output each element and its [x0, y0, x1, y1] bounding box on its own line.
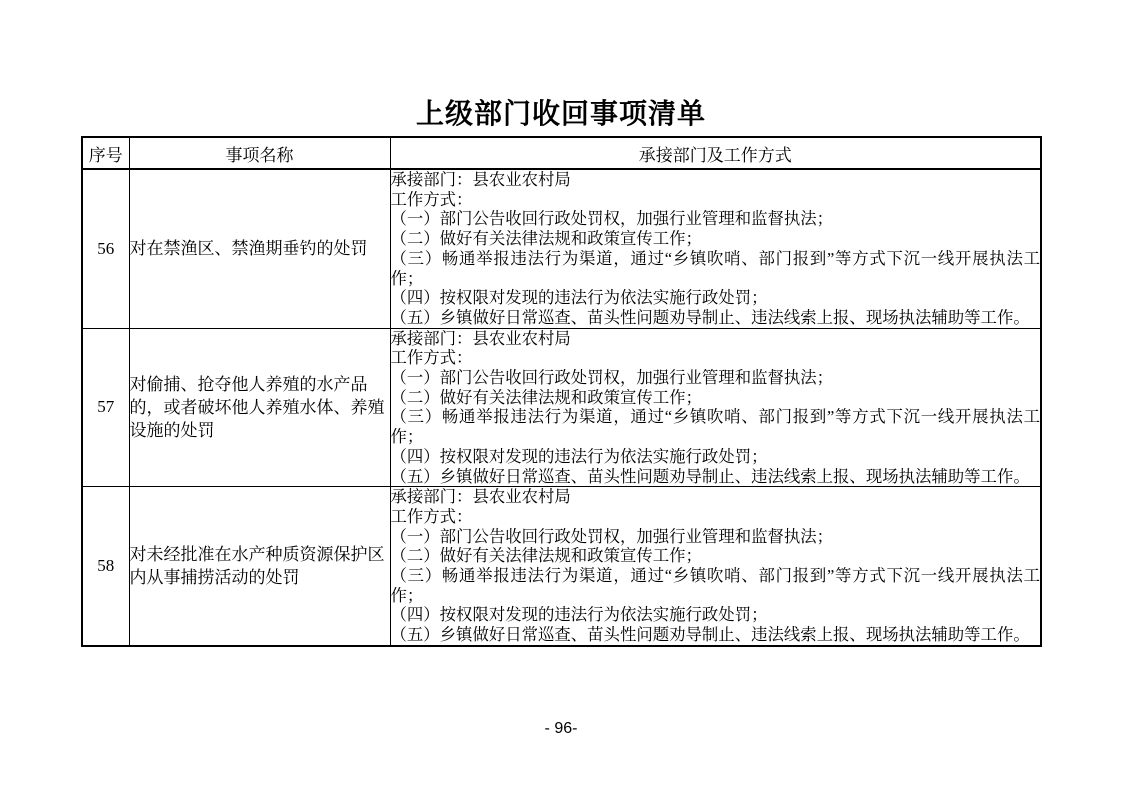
table-row: 56 对在禁渔区、禁渔期垂钓的处罚 承接部门：县农业农村局 工作方式： （一）部…: [82, 169, 1041, 328]
method-line: （三）畅通举报违法行为渠道，通过“乡镇吹哨、部门报到”等方式下沉一线开展执法工作…: [391, 249, 1041, 288]
page-number: - 96-: [0, 720, 1122, 738]
method-line: 工作方式：: [391, 348, 1041, 368]
method-line: （二）做好有关法律法规和政策宣传工作；: [391, 229, 1041, 249]
method-line: （二）做好有关法律法规和政策宣传工作；: [391, 546, 1041, 566]
method-line: （二）做好有关法律法规和政策宣传工作；: [391, 388, 1041, 408]
method-line: 工作方式：: [391, 190, 1041, 210]
document-title: 上级部门收回事项清单: [0, 92, 1122, 132]
column-header-item-name: 事项名称: [129, 137, 390, 169]
method-line: 承接部门：县农业农村局: [391, 329, 1041, 349]
document-page: 上级部门收回事项清单 序号 事项名称 承接部门及工作方式 56 对在禁渔区、禁渔…: [0, 0, 1122, 793]
method-line: （五）乡镇做好日常巡查、苗头性问题劝导制止、违法线索上报、现场执法辅助等工作。: [391, 625, 1041, 645]
method-line: 承接部门：县农业农村局: [391, 170, 1041, 190]
row-number: 57: [82, 328, 129, 487]
method-line: （一）部门公告收回行政处罚权，加强行业管理和监督执法；: [391, 209, 1041, 229]
method-line: 工作方式：: [391, 507, 1041, 527]
method-line: （一）部门公告收回行政处罚权，加强行业管理和监督执法；: [391, 368, 1041, 388]
column-header-department-method: 承接部门及工作方式: [390, 137, 1041, 169]
method-line: （四）按权限对发现的违法行为依法实施行政处罚；: [391, 605, 1041, 625]
item-name-cell: 对偷捕、抢夺他人养殖的水产品的，或者破坏他人养殖水体、养殖设施的处罚: [129, 328, 390, 487]
table-row: 57 对偷捕、抢夺他人养殖的水产品的，或者破坏他人养殖水体、养殖设施的处罚 承接…: [82, 328, 1041, 487]
method-line: 承接部门：县农业农村局: [391, 487, 1041, 507]
row-number: 56: [82, 169, 129, 328]
method-cell: 承接部门：县农业农村局 工作方式： （一）部门公告收回行政处罚权，加强行业管理和…: [390, 169, 1041, 328]
method-line: （五）乡镇做好日常巡查、苗头性问题劝导制止、违法线索上报、现场执法辅助等工作。: [391, 308, 1041, 328]
method-line: （一）部门公告收回行政处罚权，加强行业管理和监督执法；: [391, 527, 1041, 547]
item-name-cell: 对未经批准在水产种质资源保护区内从事捕捞活动的处罚: [129, 487, 390, 646]
method-line: （四）按权限对发现的违法行为依法实施行政处罚；: [391, 447, 1041, 467]
method-line: （四）按权限对发现的违法行为依法实施行政处罚；: [391, 288, 1041, 308]
method-cell: 承接部门：县农业农村局 工作方式： （一）部门公告收回行政处罚权，加强行业管理和…: [390, 487, 1041, 646]
table-header-row: 序号 事项名称 承接部门及工作方式: [82, 137, 1041, 169]
method-cell: 承接部门：县农业农村局 工作方式： （一）部门公告收回行政处罚权，加强行业管理和…: [390, 328, 1041, 487]
method-line: （三）畅通举报违法行为渠道，通过“乡镇吹哨、部门报到”等方式下沉一线开展执法工作…: [391, 566, 1041, 605]
items-table: 序号 事项名称 承接部门及工作方式 56 对在禁渔区、禁渔期垂钓的处罚 承接部门…: [81, 136, 1042, 647]
table-row: 58 对未经批准在水产种质资源保护区内从事捕捞活动的处罚 承接部门：县农业农村局…: [82, 487, 1041, 646]
method-line: （三）畅通举报违法行为渠道，通过“乡镇吹哨、部门报到”等方式下沉一线开展执法工作…: [391, 407, 1041, 446]
column-header-no: 序号: [82, 137, 129, 169]
item-name-cell: 对在禁渔区、禁渔期垂钓的处罚: [129, 169, 390, 328]
method-line: （五）乡镇做好日常巡查、苗头性问题劝导制止、违法线索上报、现场执法辅助等工作。: [391, 467, 1041, 487]
row-number: 58: [82, 487, 129, 646]
